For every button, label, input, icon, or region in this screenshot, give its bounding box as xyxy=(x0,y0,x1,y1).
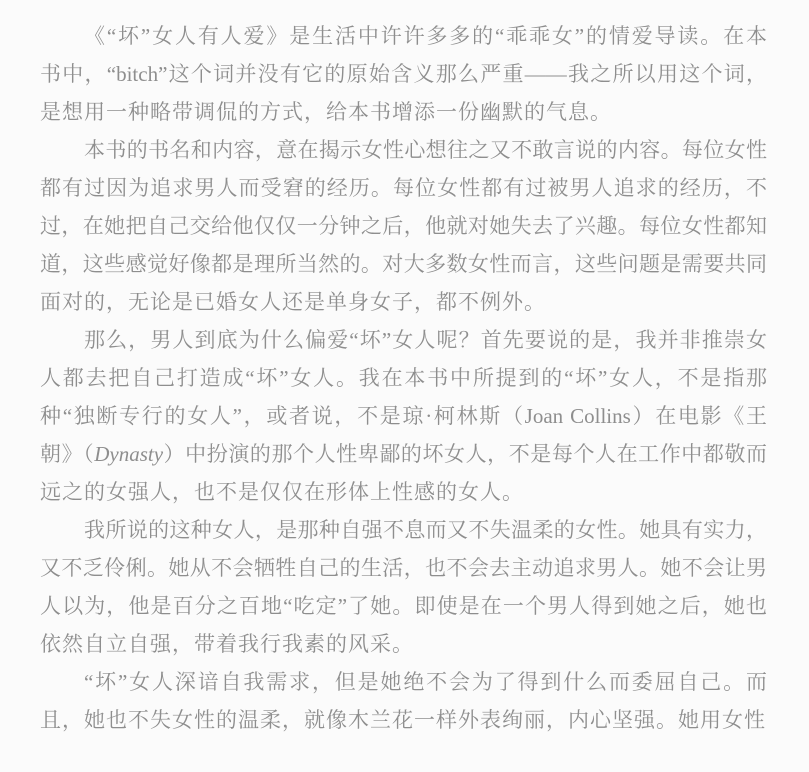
text-line: “坏”女人深谙自我需求，但是她绝不会为了得到什么而委屈自己。而 xyxy=(40,663,767,701)
text-line: 道，这些感觉好像都是理所当然的。对大多数女性而言，这些问题是需要共同 xyxy=(40,245,767,283)
italic-text: Dynasty xyxy=(94,442,163,466)
text-segment: 种“独断专行的女人”，或者说，不是琼·柯林斯（Joan Collins）在电影《… xyxy=(40,404,767,428)
text-line: 都有过因为追求男人而受窘的经历。每位女性都有过被男人追求的经历，不 xyxy=(40,169,767,207)
paragraph-5: “坏”女人深谙自我需求，但是她绝不会为了得到什么而委屈自己。而且，她也不失女性的… xyxy=(40,663,767,739)
paragraph-2: 本书的书名和内容，意在揭示女性心想往之又不敢言说的内容。每位女性都有过因为追求男… xyxy=(40,131,767,321)
paragraph-1: 《“坏”女人有人爱》是生活中许许多多的“乖乖女”的情爱导读。在本书中，“bitc… xyxy=(40,17,767,131)
text-segment: ）中扮演的那个人性卑鄙的坏女人，不是每个人在工作中都敬而 xyxy=(163,442,767,466)
text-line: 人以为，他是百分之百地“吃定”了她。即使是在一个男人得到她之后，她也 xyxy=(40,587,767,625)
text-segment: 面对的，无论是已婚女人还是单身女子，都不例外。 xyxy=(40,290,546,314)
page-text: 《“坏”女人有人爱》是生活中许许多多的“乖乖女”的情爱导读。在本书中，“bitc… xyxy=(40,17,767,739)
text-line: 朝》（Dynasty）中扮演的那个人性卑鄙的坏女人，不是每个人在工作中都敬而 xyxy=(40,435,767,473)
text-line: 且，她也不失女性的温柔，就像木兰花一样外表绚丽，内心坚强。她用女性的 xyxy=(40,701,767,739)
text-line: 书中，“bitch”这个词并没有它的原始含义那么严重——我之所以用这个词， xyxy=(40,55,767,93)
paragraph-3: 那么，男人到底为什么偏爱“坏”女人呢？首先要说的是，我并非推崇女人都去把自己打造… xyxy=(40,321,767,511)
text-line: 本书的书名和内容，意在揭示女性心想往之又不敢言说的内容。每位女性 xyxy=(40,131,767,169)
text-segment: 又不乏伶俐。她从不会牺牲自己的生活，也不会去主动追求男人。她不会让男 xyxy=(40,556,767,580)
text-segment: “坏”女人深谙自我需求，但是她绝不会为了得到什么而委屈自己。而 xyxy=(84,670,767,694)
paragraph-4: 我所说的这种女人，是那种自强不息而又不失温柔的女性。她具有实力，又不乏伶俐。她从… xyxy=(40,511,767,663)
text-segment: 人以为，他是百分之百地“吃定”了她。即使是在一个男人得到她之后，她也 xyxy=(40,594,767,618)
text-segment: 依然自立自强，带着我行我素的风采。 xyxy=(40,632,414,656)
text-segment: 本书的书名和内容，意在揭示女性心想往之又不敢言说的内容。每位女性 xyxy=(84,138,767,162)
text-segment: 远之的女强人，也不是仅仅在形体上性感的女人。 xyxy=(40,480,524,504)
text-line: 过，在她把自己交给他仅仅一分钟之后，他就对她失去了兴趣。每位女性都知 xyxy=(40,207,767,245)
text-segment: 书中，“bitch”这个词并没有它的原始含义那么严重——我之所以用这个词， xyxy=(40,62,767,86)
text-line: 远之的女强人，也不是仅仅在形体上性感的女人。 xyxy=(40,473,767,511)
text-segment: 道，这些感觉好像都是理所当然的。对大多数女性而言，这些问题是需要共同 xyxy=(40,252,767,276)
text-line: 我所说的这种女人，是那种自强不息而又不失温柔的女性。她具有实力， xyxy=(40,511,767,549)
text-line: 人都去把自己打造成“坏”女人。我在本书中所提到的“坏”女人，不是指那 xyxy=(40,359,767,397)
text-line: 面对的，无论是已婚女人还是单身女子，都不例外。 xyxy=(40,283,767,321)
text-segment: 过，在她把自己交给他仅仅一分钟之后，他就对她失去了兴趣。每位女性都知 xyxy=(40,214,767,238)
text-segment: 人都去把自己打造成“坏”女人。我在本书中所提到的“坏”女人，不是指那 xyxy=(40,366,767,390)
text-line: 种“独断专行的女人”，或者说，不是琼·柯林斯（Joan Collins）在电影《… xyxy=(40,397,767,435)
text-segment: 《“坏”女人有人爱》是生活中许许多多的“乖乖女”的情爱导读。在本 xyxy=(84,24,767,48)
text-segment: 且，她也不失女性的温柔，就像木兰花一样外表绚丽，内心坚强。她用女性的 xyxy=(40,708,767,732)
book-page: 《“坏”女人有人爱》是生活中许许多多的“乖乖女”的情爱导读。在本书中，“bitc… xyxy=(0,0,809,772)
text-segment: 是想用一种略带调侃的方式，给本书增添一份幽默的气息。 xyxy=(40,100,612,124)
text-segment: 那么，男人到底为什么偏爱“坏”女人呢？首先要说的是，我并非推崇女 xyxy=(84,328,767,352)
text-line: 那么，男人到底为什么偏爱“坏”女人呢？首先要说的是，我并非推崇女 xyxy=(40,321,767,359)
text-segment: 朝》（ xyxy=(40,442,94,466)
text-line: 《“坏”女人有人爱》是生活中许许多多的“乖乖女”的情爱导读。在本 xyxy=(40,17,767,55)
text-line: 又不乏伶俐。她从不会牺牲自己的生活，也不会去主动追求男人。她不会让男 xyxy=(40,549,767,587)
text-line: 是想用一种略带调侃的方式，给本书增添一份幽默的气息。 xyxy=(40,93,767,131)
text-segment: 我所说的这种女人，是那种自强不息而又不失温柔的女性。她具有实力， xyxy=(84,518,767,542)
text-segment: 都有过因为追求男人而受窘的经历。每位女性都有过被男人追求的经历，不 xyxy=(40,176,767,200)
text-line: 依然自立自强，带着我行我素的风采。 xyxy=(40,625,767,663)
